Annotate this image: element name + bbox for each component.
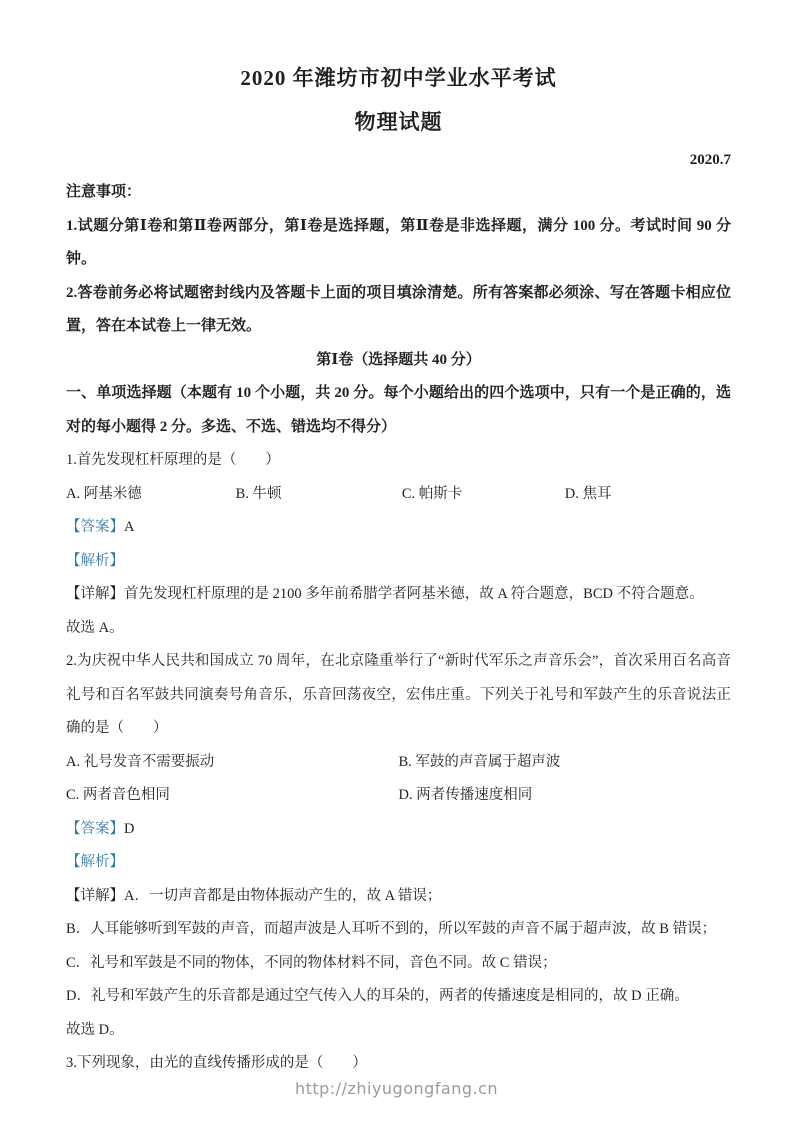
q2-analysis-line: 【解析】 — [66, 846, 731, 880]
q2-stem: 2.为庆祝中华人民共和国成立 70 周年，在北京隆重举行了“新时代军乐之声音乐会… — [66, 645, 731, 746]
q2-option-c: C. 两者音色相同 — [66, 779, 399, 813]
q2-detail-2: B．人耳能够听到军鼓的声音，而超声波是人耳听不到的，所以军鼓的声音不属于超声波，… — [66, 913, 731, 947]
q1-detail-1: 【详解】首先发现杠杆原理的是 2100 多年前希腊学者阿基米德，故 A 符合题意… — [66, 578, 731, 612]
analysis-label: 【解析】 — [66, 553, 124, 569]
volume-title: 第Ⅰ卷（选择题共 40 分） — [66, 344, 731, 378]
q1-answer-line: 【答案】A — [66, 511, 731, 545]
notice-heading: 注意事项： — [66, 176, 731, 210]
q1-analysis-line: 【解析】 — [66, 545, 731, 579]
q2-option-a: A. 礼号发音不需要振动 — [66, 746, 399, 780]
section-intro: 一、单项选择题（本题有 10 个小题，共 20 分。每个小题给出的四个选项中，只… — [66, 377, 731, 444]
q2-detail-1: 【详解】A．一切声音都是由物体振动产生的，故 A 错误； — [66, 880, 731, 914]
q1-option-c: C. 帕斯卡 — [402, 478, 565, 512]
q3-stem: 3.下列现象，由光的直线传播形成的是（ ） — [66, 1047, 731, 1081]
notice-item-1: 1.试题分第Ⅰ卷和第Ⅱ卷两部分，第Ⅰ卷是选择题，第Ⅱ卷是非选择题，满分 100 … — [66, 210, 731, 277]
exam-page: 2020 年潍坊市初中学业水平考试 物理试题 2020.7 注意事项： 1.试题… — [0, 0, 793, 1081]
q1-option-d: D. 焦耳 — [565, 478, 731, 512]
exam-date: 2020.7 — [66, 144, 731, 176]
doc-subtitle: 物理试题 — [66, 100, 731, 144]
q2-detail-4: D．礼号和军鼓产生的乐音都是通过空气传入人的耳朵的，两者的传播速度是相同的，故 … — [66, 980, 731, 1014]
q1-answer-value: A — [124, 519, 134, 535]
q1-options: A. 阿基米德 B. 牛顿 C. 帕斯卡 D. 焦耳 — [66, 478, 731, 512]
analysis-label: 【解析】 — [66, 854, 124, 870]
answer-label: 【答案】 — [66, 519, 124, 535]
notice-item-2: 2.答卷前务必将试题密封线内及答题卡上面的项目填涂清楚。所有答案都必须涂、写在答… — [66, 277, 731, 344]
answer-label: 【答案】 — [66, 821, 124, 837]
q1-option-b: B. 牛顿 — [236, 478, 402, 512]
q1-stem: 1.首先发现杠杆原理的是（ ） — [66, 444, 731, 478]
doc-title: 2020 年潍坊市初中学业水平考试 — [66, 56, 731, 100]
watermark-url: http://zhiyugongfang.cn — [0, 1079, 793, 1098]
q2-conclusion: 故选 D。 — [66, 1014, 731, 1048]
q2-option-d: D. 两者传播速度相同 — [399, 779, 732, 813]
q2-detail-3: C．礼号和军鼓是不同的物体，不同的物体材料不同，音色不同。故 C 错误； — [66, 947, 731, 981]
q1-conclusion: 故选 A。 — [66, 612, 731, 646]
q1-option-a: A. 阿基米德 — [66, 478, 236, 512]
q2-option-b: B. 军鼓的声音属于超声波 — [399, 746, 732, 780]
q2-answer-value: D — [124, 821, 134, 837]
q2-options: A. 礼号发音不需要振动 B. 军鼓的声音属于超声波 C. 两者音色相同 D. … — [66, 746, 731, 813]
q2-answer-line: 【答案】D — [66, 813, 731, 847]
